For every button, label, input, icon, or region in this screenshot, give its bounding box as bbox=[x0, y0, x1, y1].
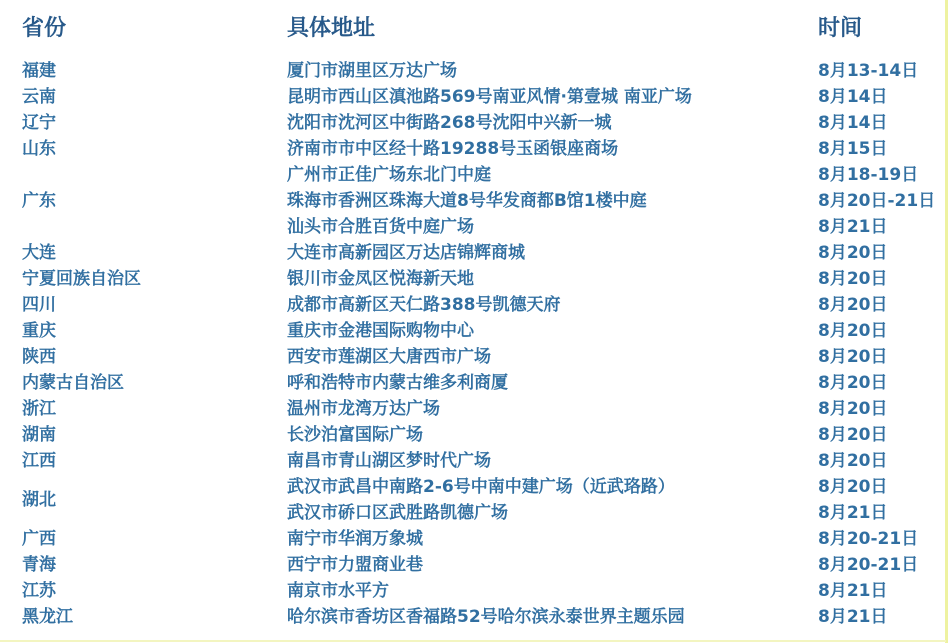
time-cell: 8月20日 bbox=[818, 422, 950, 448]
time-cell: 8月20日 bbox=[818, 318, 950, 344]
time-cell: 8月14日 bbox=[818, 110, 950, 136]
address-cell: 珠海市香洲区珠海大道8号华发商都B馆1楼中庭 bbox=[287, 188, 818, 214]
time-cell: 8月14日 bbox=[818, 84, 950, 110]
address-cell: 西宁市力盟商业巷 bbox=[287, 552, 818, 578]
province-cell: 陕西 bbox=[22, 344, 287, 370]
address-cell: 大连市高新园区万达店锦辉商城 bbox=[287, 240, 818, 266]
table-row: 大连大连市高新园区万达店锦辉商城8月20日 bbox=[22, 240, 950, 266]
table-row: 湖北武汉市武昌中南路2-6号中南中建广场（近武珞路）8月20日 bbox=[22, 474, 950, 500]
province-cell: 宁夏回族自治区 bbox=[22, 266, 287, 292]
time-cell: 8月20日 bbox=[818, 370, 950, 396]
time-cell: 8月20日 bbox=[818, 292, 950, 318]
table-row: 内蒙古自治区呼和浩特市内蒙古维多利商厦8月20日 bbox=[22, 370, 950, 396]
province-cell: 重庆 bbox=[22, 318, 287, 344]
table-header-row: 省份具体地址时间 bbox=[22, 14, 950, 58]
address-cell: 武汉市硚口区武胜路凯德广场 bbox=[287, 500, 818, 526]
time-cell: 8月13-14日 bbox=[818, 58, 950, 84]
time-cell: 8月20日 bbox=[818, 448, 950, 474]
province-cell: 黑龙江 bbox=[22, 604, 287, 630]
time-cell: 8月20-21日 bbox=[818, 552, 950, 578]
address-cell: 温州市龙湾万达广场 bbox=[287, 396, 818, 422]
table-row: 浙江温州市龙湾万达广场8月20日 bbox=[22, 396, 950, 422]
time-cell: 8月21日 bbox=[818, 500, 950, 526]
column-header-address: 具体地址 bbox=[287, 14, 818, 58]
page-border-right bbox=[945, 0, 948, 643]
address-cell: 成都市高新区天仁路388号凯德天府 bbox=[287, 292, 818, 318]
address-cell: 哈尔滨市香坊区香福路52号哈尔滨永泰世界主题乐园 bbox=[287, 604, 818, 630]
table-row: 广东广州市正佳广场东北门中庭8月18-19日 bbox=[22, 162, 950, 188]
address-cell: 银川市金凤区悦海新天地 bbox=[287, 266, 818, 292]
time-cell: 8月20日 bbox=[818, 240, 950, 266]
province-cell: 云南 bbox=[22, 84, 287, 110]
time-cell: 8月21日 bbox=[818, 604, 950, 630]
address-cell: 沈阳市沈河区中街路268号沈阳中兴新一城 bbox=[287, 110, 818, 136]
province-cell: 广东 bbox=[22, 162, 287, 240]
time-cell: 8月20日 bbox=[818, 344, 950, 370]
address-cell: 西安市莲湖区大唐西市广场 bbox=[287, 344, 818, 370]
table-row: 四川成都市高新区天仁路388号凯德天府8月20日 bbox=[22, 292, 950, 318]
address-cell: 呼和浩特市内蒙古维多利商厦 bbox=[287, 370, 818, 396]
table-row: 江西南昌市青山湖区梦时代广场8月20日 bbox=[22, 448, 950, 474]
table-row: 青海西宁市力盟商业巷8月20-21日 bbox=[22, 552, 950, 578]
table-row: 湖南长沙泊富国际广场8月20日 bbox=[22, 422, 950, 448]
store-schedule-table: 省份具体地址时间 福建厦门市湖里区万达广场8月13-14日云南昆明市西山区滇池路… bbox=[22, 14, 950, 630]
time-cell: 8月15日 bbox=[818, 136, 950, 162]
table-row: 黑龙江哈尔滨市香坊区香福路52号哈尔滨永泰世界主题乐园8月21日 bbox=[22, 604, 950, 630]
province-cell: 青海 bbox=[22, 552, 287, 578]
province-cell: 大连 bbox=[22, 240, 287, 266]
address-cell: 昆明市西山区滇池路569号南亚风情·第壹城 南亚广场 bbox=[287, 84, 818, 110]
time-cell: 8月20日 bbox=[818, 396, 950, 422]
address-cell: 汕头市合胜百货中庭广场 bbox=[287, 214, 818, 240]
table-row: 福建厦门市湖里区万达广场8月13-14日 bbox=[22, 58, 950, 84]
page-border-bottom bbox=[0, 640, 946, 642]
address-cell: 南昌市青山湖区梦时代广场 bbox=[287, 448, 818, 474]
province-cell: 浙江 bbox=[22, 396, 287, 422]
address-cell: 南宁市华润万象城 bbox=[287, 526, 818, 552]
province-cell: 四川 bbox=[22, 292, 287, 318]
table-row: 山东济南市市中区经十路19288号玉函银座商场8月15日 bbox=[22, 136, 950, 162]
time-cell: 8月20日-21日 bbox=[818, 188, 950, 214]
province-cell: 辽宁 bbox=[22, 110, 287, 136]
province-cell: 内蒙古自治区 bbox=[22, 370, 287, 396]
column-header-time: 时间 bbox=[818, 14, 950, 58]
time-cell: 8月20-21日 bbox=[818, 526, 950, 552]
address-cell: 重庆市金港国际购物中心 bbox=[287, 318, 818, 344]
time-cell: 8月18-19日 bbox=[818, 162, 950, 188]
province-cell: 江苏 bbox=[22, 578, 287, 604]
table-row: 陕西西安市莲湖区大唐西市广场8月20日 bbox=[22, 344, 950, 370]
province-cell: 山东 bbox=[22, 136, 287, 162]
address-cell: 长沙泊富国际广场 bbox=[287, 422, 818, 448]
province-cell: 湖北 bbox=[22, 474, 287, 526]
address-cell: 济南市市中区经十路19288号玉函银座商场 bbox=[287, 136, 818, 162]
table-row: 重庆重庆市金港国际购物中心8月20日 bbox=[22, 318, 950, 344]
province-cell: 广西 bbox=[22, 526, 287, 552]
time-cell: 8月20日 bbox=[818, 474, 950, 500]
time-cell: 8月21日 bbox=[818, 214, 950, 240]
column-header-province: 省份 bbox=[22, 14, 287, 58]
address-cell: 广州市正佳广场东北门中庭 bbox=[287, 162, 818, 188]
province-cell: 福建 bbox=[22, 58, 287, 84]
address-cell: 厦门市湖里区万达广场 bbox=[287, 58, 818, 84]
table-row: 江苏南京市水平方8月21日 bbox=[22, 578, 950, 604]
table-row: 辽宁沈阳市沈河区中街路268号沈阳中兴新一城8月14日 bbox=[22, 110, 950, 136]
time-cell: 8月21日 bbox=[818, 578, 950, 604]
table-row: 广西南宁市华润万象城8月20-21日 bbox=[22, 526, 950, 552]
time-cell: 8月20日 bbox=[818, 266, 950, 292]
province-cell: 江西 bbox=[22, 448, 287, 474]
address-cell: 武汉市武昌中南路2-6号中南中建广场（近武珞路） bbox=[287, 474, 818, 500]
table-row: 宁夏回族自治区银川市金凤区悦海新天地8月20日 bbox=[22, 266, 950, 292]
table-row: 云南昆明市西山区滇池路569号南亚风情·第壹城 南亚广场8月14日 bbox=[22, 84, 950, 110]
province-cell: 湖南 bbox=[22, 422, 287, 448]
address-cell: 南京市水平方 bbox=[287, 578, 818, 604]
